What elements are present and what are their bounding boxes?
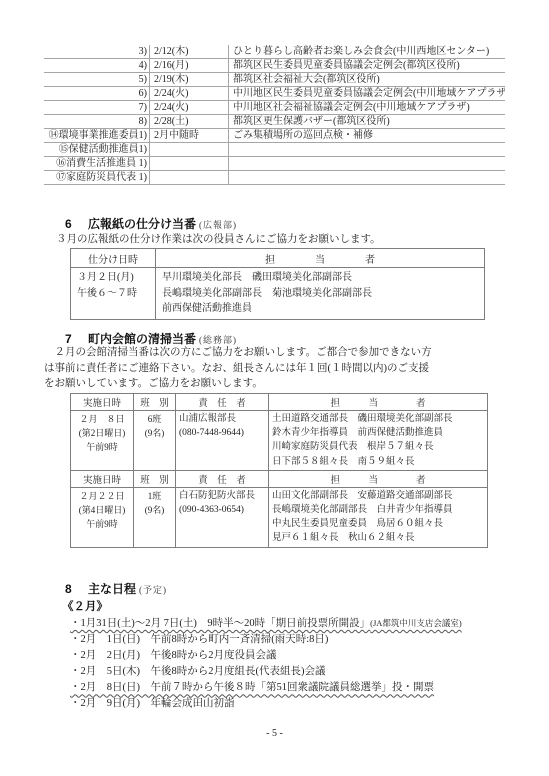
cleaning-duty-header-cell: 担 当 者 [269,470,488,487]
schedule-cell-date [150,171,229,185]
cleaning-duty-datetime-cell: ２月２２日(第4日曜日)午前9時 [71,487,134,547]
cleaning-duty-manager-cell: 山浦広報部長(080-7448-9644) [176,411,269,471]
intro-line: をお願いしています。ご協力をお願いします。 [44,376,432,392]
schedule-row: ⑮保健活動推進員1) [44,143,505,157]
cleaning-duty-header-cell: 責 任 者 [176,394,269,411]
datetime-line: 午後６～７時 [77,286,149,302]
datetime-line: ２月 ８日 [74,412,130,426]
people-line: 長嶋環境美化部副部長 白井青少年指導員 [272,503,484,517]
intro-line: ２月の会館清掃当番は次の方にご協力をお願いします。ご都合で参加できない方 [44,345,432,361]
sorting-duty-data-row: ３月２日(月)午後６～７時 早川環境美化部長 磯田環境美化部副部長長嶋環境美化部… [71,268,485,320]
cleaning-duty-data-row: ２月２２日(第4日曜日)午前9時1班(9名)白石防犯防火部長(090-4363-… [71,487,488,547]
schedule-item-text: ・2月 1日(日) 午前8時から町内一斉清掃(雨天時:8日) [70,634,328,645]
cleaning-duty-header-cell: 責 任 者 [176,470,269,487]
schedule-cell-label: ⑯消費生活推進員 1) [44,157,150,171]
people-line: 土田道路交通部長 磯田環境美化部副部長 [272,412,484,426]
monthly-schedule-table: 3)2/12(木)ひとり暮らし高齢者お楽しみ会食会(中川西地区センター)4)2/… [44,45,505,185]
sorting-duty-datetime-cell: ３月２日(月)午後６～７時 [71,268,156,320]
manager-line: (080-7448-9644) [179,426,265,440]
cleaning-duty-table: 実施日時班 別責 任 者担 当 者２月 ８日(第2日曜日)午前9時6班(9名)山… [70,393,488,548]
schedule-cell-desc [229,157,506,171]
people-line: 見戸６１組々長 秋山６２組々長 [272,531,484,545]
section6-title: 広報紙の仕分け当番 [88,215,196,232]
manager-line: 白石防犯防火部長 [179,489,265,503]
datetime-line: (第4日曜日) [74,503,130,517]
people-line: 日下部５８組々長 南５９組々長 [272,455,484,469]
person-line: 長嶋環境美化部副部長 菊池環境美化部副部長 [162,286,478,302]
schedule-cell-label: ⑮保健活動推進員1) [44,143,150,157]
intro-line: は事前に責任者にご連絡下さい。なお、組長さんには年１回(１時間以内)のご支援 [44,361,432,377]
schedule-cell-date: 2/24(火) [150,87,229,101]
schedule-item-main: ・2月 5日(木) 午後8時から2月度組長(代表組長)会議 [70,666,326,677]
cleaning-duty-people-cell: 山田文化部副部長 安藤道路交通部副部長長嶋環境美化部副部長 白井青少年指導員中丸… [269,487,488,547]
manager-line: 山浦広報部長 [179,412,265,426]
section8-heading: 8 主な日程 (予定) [65,580,167,597]
section6-intro: ３月の広報紙の仕分け作業は次の役員さんにご協力をお願いします。 [56,232,381,248]
group-line: 1班 [137,489,172,503]
cleaning-duty-header-cell: 班 別 [134,394,176,411]
schedule-cell-date: 2/16(月) [150,59,229,73]
schedule-row: ⑯消費生活推進員 1) [44,157,505,171]
person-line: 早川環境美化部長 磯田環境美化部副部長 [162,270,478,286]
sorting-duty-header-datetime: 仕分け日時 [71,249,156,268]
schedule-cell-label: ⑰家庭防災員代表 1) [44,171,150,185]
cleaning-duty-header-cell: 班 別 [134,470,176,487]
schedule-list-item: ・2月 5日(木) 午後8時から2月度組長(代表組長)会議 [70,664,520,680]
section8-title: 主な日程 [88,580,136,597]
schedule-item-text: ・2月 2日(月) 午後8時から2月度役員会議 [70,650,277,661]
schedule-cell-label: 7) [44,101,150,115]
schedule-row: 8)2/28(土)都筑区更生保護バザー(都筑区役所) [44,115,505,129]
schedule-cell-date: 2/12(木) [150,45,229,59]
schedule-item-text: ・2月 9日(月) 年輪会成田山初詣 [70,698,235,709]
group-line: 6班 [137,412,172,426]
schedule-cell-desc: 都筑区民生委員児童委員協議会定例会(都筑区役所) [229,59,506,73]
people-line: 中丸民生委員児童委員 鳥居６０組々長 [272,517,484,531]
cleaning-duty-people-cell: 土田道路交通部長 磯田環境美化部副部長鈴木青少年指導員 前西保健活動推進員川崎家… [269,411,488,471]
datetime-line: 午前9時 [74,517,130,531]
schedule-item-main: ・2月 1日(日) 午前8時から町内一斉清掃(雨天時:8日) [70,634,328,645]
section7-number: 7 [65,332,88,346]
cleaning-duty-header-row: 実施日時班 別責 任 者担 当 者 [71,470,488,487]
schedule-row: 6)2/24(火)中川地区民生委員児童委員協議会定例会(中川地域ケアプラザ) [44,87,505,101]
section7-intro: ２月の会館清掃当番は次の方にご協力をお願いします。ご都合で参加できない方は事前に… [44,345,432,392]
cleaning-duty-table-body: 実施日時班 別責 任 者担 当 者２月 ８日(第2日曜日)午前9時6班(9名)山… [71,394,488,548]
schedule-row: ⑭環境事業推進委員1)2月中随時ごみ集積場所の巡回点検・補修 [44,129,505,143]
schedule-cell-desc: 中川地区社会福祉協議会定例会(中川地域ケアプラザ) [229,101,506,115]
schedule-cell-date: 2/19(木) [150,73,229,87]
schedule-cell-date [150,157,229,171]
datetime-line: 午前9時 [74,440,130,454]
section6-heading: 6 広報紙の仕分け当番 (広報部) [65,215,237,232]
cleaning-duty-header-cell: 実施日時 [71,394,134,411]
section6-dept: (広報部) [199,218,237,231]
cleaning-duty-header-cell: 担 当 者 [269,394,488,411]
schedule-item-text: ・1月31日(土)～2月 7日(土) 9時半～20時「期日前投票所開設」(JA都… [70,618,462,629]
schedule-cell-date: 2月中随時 [150,129,229,143]
schedule-row: 3)2/12(木)ひとり暮らし高齢者お楽しみ会食会(中川西地区センター) [44,45,505,59]
schedule-row: 7)2/24(火)中川地区社会福祉協議会定例会(中川地域ケアプラザ) [44,101,505,115]
schedule-cell-label: 8) [44,115,150,129]
datetime-line: ３月２日(月) [77,270,149,286]
sorting-duty-table: 仕分け日時 担 当 者 ３月２日(月)午後６～７時 早川環境美化部長 磯田環境美… [70,248,485,320]
schedule-cell-label: 3) [44,45,150,59]
page-number: - 5 - [0,728,549,739]
datetime-line: ２月２２日 [74,489,130,503]
schedule-cell-date: 2/28(土) [150,115,229,129]
cleaning-duty-group-cell: 1班(9名) [134,487,176,547]
schedule-item-suffix: (JA都筑中川支店会議室) [370,618,462,628]
schedule-list-item: ・1月31日(土)～2月 7日(土) 9時半～20時「期日前投票所開設」(JA都… [70,615,520,632]
schedule-item-main: ・2月 9日(月) 年輪会成田山初詣 [70,698,235,709]
schedule-cell-desc: ひとり暮らし高齢者お楽しみ会食会(中川西地区センター) [229,45,506,59]
sorting-duty-people-cell: 早川環境美化部長 磯田環境美化部副部長長嶋環境美化部副部長 菊池環境美化部副部長… [156,268,485,320]
cleaning-duty-datetime-cell: ２月 ８日(第2日曜日)午前9時 [71,411,134,471]
schedule-item-main: ・2月 8日(日) 午前７時から午後８時「第51回衆議院議員総選挙」投・開票 [70,682,434,693]
month-label: 《２月》 [62,598,108,614]
schedule-cell-desc: ごみ集積場所の巡回点検・補修 [229,129,506,143]
cleaning-duty-header-row: 実施日時班 別責 任 者担 当 者 [71,394,488,411]
schedule-cell-date: 2/24(火) [150,101,229,115]
schedule-list-item: ・2月 8日(日) 午前７時から午後８時「第51回衆議院議員総選挙」投・開票 [70,680,520,696]
section8-number: 8 [65,582,88,596]
people-line: 鈴木青少年指導員 前西保健活動推進員 [272,426,484,440]
schedule-cell-date [150,143,229,157]
newsletter-page-5: 3)2/12(木)ひとり暮らし高齢者お楽しみ会食会(中川西地区センター)4)2/… [0,0,549,776]
section8-note: (予定) [139,583,167,596]
cleaning-duty-group-cell: 6班(9名) [134,411,176,471]
schedule-item-main: ・2月 2日(月) 午後8時から2月度役員会議 [70,650,277,661]
schedule-item-text: ・2月 5日(木) 午後8時から2月度組長(代表組長)会議 [70,666,326,677]
people-line: 山田文化部副部長 安藤道路交通部副部長 [272,489,484,503]
cleaning-duty-manager-cell: 白石防犯防火部長(090-4363-0654) [176,487,269,547]
cleaning-duty-header-cell: 実施日時 [71,470,134,487]
schedule-cell-desc: 都筑区更生保護バザー(都筑区役所) [229,115,506,129]
schedule-cell-label: 4) [44,59,150,73]
sorting-duty-header-people: 担 当 者 [156,249,485,268]
sorting-duty-header-row: 仕分け日時 担 当 者 [71,249,485,268]
schedule-cell-desc [229,143,506,157]
section6-number: 6 [65,217,88,231]
schedule-item-main: ・1月31日(土)～2月 7日(土) 9時半～20時「期日前投票所開設」 [70,618,370,629]
schedule-list-item: ・2月 9日(月) 年輪会成田山初詣 [70,696,520,712]
people-line: 川崎家庭防災員代表 根岸５７組々長 [272,440,484,454]
group-line: (9名) [137,503,172,517]
schedule-list-item: ・2月 2日(月) 午後8時から2月度役員会議 [70,648,520,664]
schedule-item-text: ・2月 8日(日) 午前７時から午後８時「第51回衆議院議員総選挙」投・開票 [70,682,434,693]
datetime-line: (第2日曜日) [74,426,130,440]
schedule-cell-label: 5) [44,73,150,87]
person-line: 前西保健活動推進員 [162,301,478,317]
schedule-row: 5)2/19(木)都筑区社会福祉大会(都筑区役所) [44,73,505,87]
schedule-row: 4)2/16(月)都筑区民生委員児童委員協議会定例会(都筑区役所) [44,59,505,73]
cleaning-duty-data-row: ２月 ８日(第2日曜日)午前9時6班(9名)山浦広報部長(080-7448-96… [71,411,488,471]
schedule-list-item: ・2月 1日(日) 午前8時から町内一斉清掃(雨天時:8日) [70,632,520,648]
monthly-schedule-table-body: 3)2/12(木)ひとり暮らし高齢者お楽しみ会食会(中川西地区センター)4)2/… [44,45,505,185]
schedule-cell-label: 6) [44,87,150,101]
schedule-cell-desc: 都筑区社会福祉大会(都筑区役所) [229,73,506,87]
schedule-cell-desc [229,171,506,185]
schedule-cell-label: ⑭環境事業推進委員1) [44,129,150,143]
group-line: (9名) [137,426,172,440]
schedule-cell-desc: 中川地区民生委員児童委員協議会定例会(中川地域ケアプラザ) [229,87,506,101]
manager-line: (090-4363-0654) [179,503,265,517]
schedule-list: ・1月31日(土)～2月 7日(土) 9時半～20時「期日前投票所開設」(JA都… [70,615,520,713]
schedule-row: ⑰家庭防災員代表 1) [44,171,505,185]
